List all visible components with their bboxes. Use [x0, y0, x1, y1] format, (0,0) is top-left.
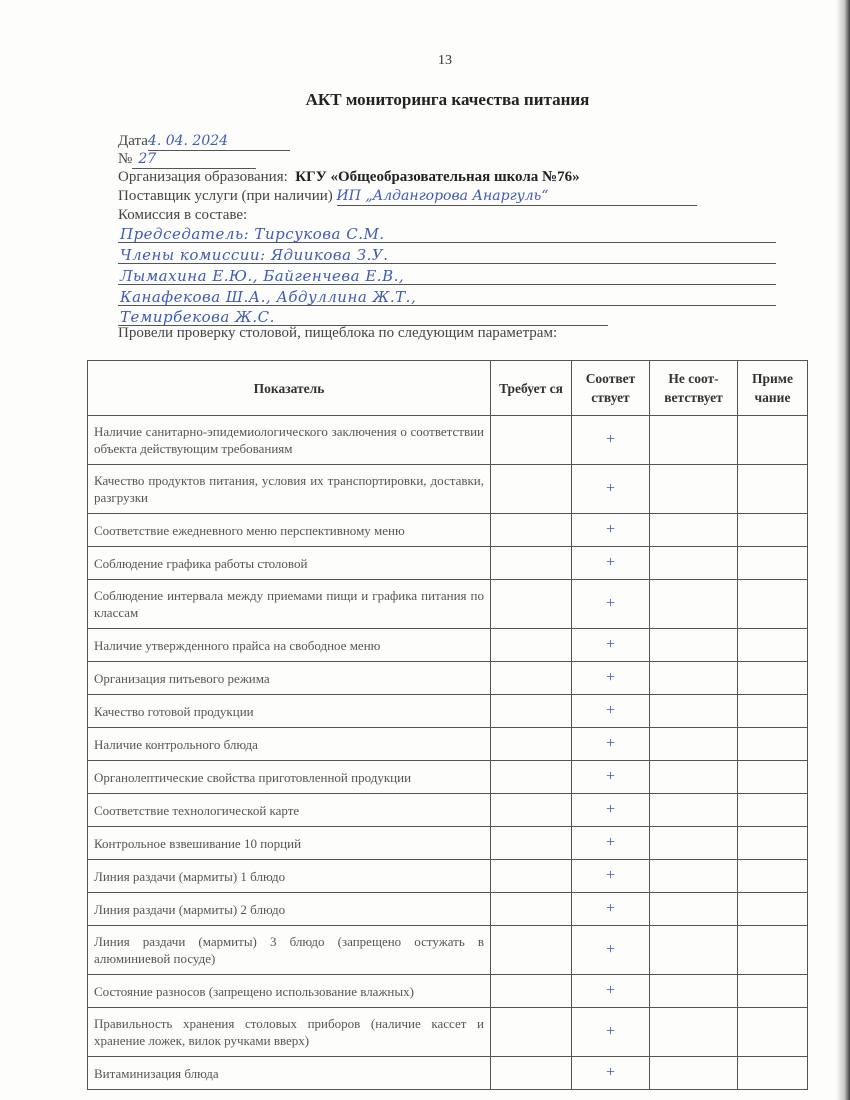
not-complies-cell	[650, 580, 738, 629]
note-cell	[738, 465, 808, 514]
number-label: №	[118, 151, 132, 167]
complies-cell: +	[572, 860, 650, 893]
complies-cell: +	[572, 728, 650, 761]
date-value: 4. 04. 2024	[148, 132, 290, 151]
indicator-cell: Качество готовой продукции	[88, 695, 491, 728]
note-cell	[738, 761, 808, 794]
not-complies-cell	[650, 893, 738, 926]
required-cell	[491, 695, 572, 728]
indicator-cell: Линия раздачи (мармиты) 3 блюдо (запреще…	[88, 926, 491, 975]
required-cell	[491, 514, 572, 547]
required-cell	[491, 860, 572, 893]
required-cell	[491, 1057, 572, 1090]
monitoring-table: Показатель Требует ся Соответ ствует Не …	[87, 360, 808, 1090]
not-complies-cell	[650, 761, 738, 794]
required-cell	[491, 662, 572, 695]
not-complies-cell	[650, 975, 738, 1008]
table-row: Контрольное взвешивание 10 порций+	[88, 827, 808, 860]
note-cell	[738, 416, 808, 465]
complies-cell: +	[572, 465, 650, 514]
indicator-cell: Соблюдение интервала между приемами пищи…	[88, 580, 491, 629]
complies-cell: +	[572, 975, 650, 1008]
note-cell	[738, 926, 808, 975]
organization-label: Организация образования:	[118, 169, 288, 185]
table-row: Линия раздачи (мармиты) 1 блюдо+	[88, 860, 808, 893]
number-field: №27	[118, 150, 256, 169]
table-header-row: Показатель Требует ся Соответ ствует Не …	[88, 361, 808, 416]
indicator-cell: Соблюдение графика работы столовой	[88, 547, 491, 580]
table-row: Состояние разносов (запрещено использова…	[88, 975, 808, 1008]
indicator-cell: Витаминизация блюда	[88, 1057, 491, 1090]
indicator-cell: Наличие утвержденного прайса на свободно…	[88, 629, 491, 662]
required-cell	[491, 416, 572, 465]
note-cell	[738, 514, 808, 547]
required-cell	[491, 827, 572, 860]
commission-line: Лымахина Е.Ю., Байгенчева Е.В.,	[118, 264, 776, 285]
not-complies-cell	[650, 695, 738, 728]
complies-cell: +	[572, 761, 650, 794]
organization-value: КГУ «Общеобразовательная школа №76»	[295, 169, 579, 185]
complies-cell: +	[572, 547, 650, 580]
required-cell	[491, 465, 572, 514]
complies-cell: +	[572, 893, 650, 926]
page-number: 13	[0, 53, 850, 69]
complies-cell: +	[572, 794, 650, 827]
complies-cell: +	[572, 695, 650, 728]
indicator-cell: Наличие контрольного блюда	[88, 728, 491, 761]
table-row: Качество продуктов питания, условия их т…	[88, 465, 808, 514]
indicator-cell: Правильность хранения столовых приборов …	[88, 1008, 491, 1057]
table-row: Правильность хранения столовых приборов …	[88, 1008, 808, 1057]
not-complies-cell	[650, 794, 738, 827]
complies-cell: +	[572, 827, 650, 860]
complies-cell: +	[572, 580, 650, 629]
table-row: Соответствие технологической карте+	[88, 794, 808, 827]
not-complies-cell	[650, 465, 738, 514]
table-row: Соблюдение графика работы столовой+	[88, 547, 808, 580]
note-cell	[738, 580, 808, 629]
table-row: Организация питьевого режима+	[88, 662, 808, 695]
required-cell	[491, 1008, 572, 1057]
note-cell	[738, 662, 808, 695]
not-complies-cell	[650, 860, 738, 893]
header-note: Приме чание	[738, 361, 808, 416]
note-cell	[738, 629, 808, 662]
not-complies-cell	[650, 1008, 738, 1057]
table-row: Наличие утвержденного прайса на свободно…	[88, 629, 808, 662]
not-complies-cell	[650, 1057, 738, 1090]
required-cell	[491, 580, 572, 629]
note-cell	[738, 1057, 808, 1090]
table-row: Качество готовой продукции+	[88, 695, 808, 728]
organization-field: Организация образования: КГУ «Общеобразо…	[118, 168, 580, 186]
table-row: Линия раздачи (мармиты) 2 блюдо+	[88, 893, 808, 926]
required-cell	[491, 794, 572, 827]
commission-line: Члены комиссии: Ядиикова З.У.	[118, 243, 776, 264]
supplier-label: Поставщик услуги (при наличии)	[118, 188, 333, 204]
table-row: Наличие санитарно-эпидемиологического за…	[88, 416, 808, 465]
not-complies-cell	[650, 827, 738, 860]
commission-line: Канафекова Ш.А., Абдуллина Ж.Т.,	[118, 285, 776, 306]
required-cell	[491, 926, 572, 975]
note-cell	[738, 975, 808, 1008]
indicator-cell: Соответствие ежедневного меню перспектив…	[88, 514, 491, 547]
header-indicator: Показатель	[88, 361, 491, 416]
complies-cell: +	[572, 926, 650, 975]
note-cell	[738, 794, 808, 827]
indicator-cell: Органолептические свойства приготовленно…	[88, 761, 491, 794]
date-label: Дата	[118, 133, 148, 149]
table-row: Линия раздачи (мармиты) 3 блюдо (запреще…	[88, 926, 808, 975]
table-row: Соблюдение интервала между приемами пищи…	[88, 580, 808, 629]
complies-cell: +	[572, 629, 650, 662]
note-cell	[738, 827, 808, 860]
intro-text: Провели проверку столовой, пищеблока по …	[118, 324, 557, 342]
complies-cell: +	[572, 416, 650, 465]
table-row: Наличие контрольного блюда+	[88, 728, 808, 761]
table-row: Витаминизация блюда+	[88, 1057, 808, 1090]
not-complies-cell	[650, 629, 738, 662]
header-required: Требует ся	[491, 361, 572, 416]
date-field: Дата4. 04. 2024	[118, 132, 290, 151]
document-title: АКТ мониторинга качества питания	[0, 90, 850, 110]
number-value: 27	[132, 150, 256, 169]
not-complies-cell	[650, 728, 738, 761]
note-cell	[738, 547, 808, 580]
required-cell	[491, 629, 572, 662]
not-complies-cell	[650, 662, 738, 695]
required-cell	[491, 547, 572, 580]
header-complies: Соответ ствует	[572, 361, 650, 416]
complies-cell: +	[572, 514, 650, 547]
complies-cell: +	[572, 662, 650, 695]
commission-line: Темирбекова Ж.С.	[118, 305, 608, 326]
table-row: Органолептические свойства приготовленно…	[88, 761, 808, 794]
required-cell	[491, 761, 572, 794]
note-cell	[738, 860, 808, 893]
note-cell	[738, 893, 808, 926]
indicator-cell: Состояние разносов (запрещено использова…	[88, 975, 491, 1008]
supplier-field: Поставщик услуги (при наличии) ИП „Алдан…	[118, 187, 697, 206]
table-row: Соответствие ежедневного меню перспектив…	[88, 514, 808, 547]
indicator-cell: Соответствие технологической карте	[88, 794, 491, 827]
header-not-complies: Не соот- ветствует	[650, 361, 738, 416]
required-cell	[491, 728, 572, 761]
indicator-cell: Линия раздачи (мармиты) 1 блюдо	[88, 860, 491, 893]
not-complies-cell	[650, 416, 738, 465]
note-cell	[738, 1008, 808, 1057]
note-cell	[738, 728, 808, 761]
scan-edge-shadow	[836, 0, 850, 1100]
required-cell	[491, 893, 572, 926]
not-complies-cell	[650, 926, 738, 975]
not-complies-cell	[650, 514, 738, 547]
complies-cell: +	[572, 1057, 650, 1090]
note-cell	[738, 695, 808, 728]
indicator-cell: Наличие санитарно-эпидемиологического за…	[88, 416, 491, 465]
indicator-cell: Организация питьевого режима	[88, 662, 491, 695]
supplier-value: ИП „Алдангорова Анаргуль“	[337, 187, 697, 206]
indicator-cell: Качество продуктов питания, условия их т…	[88, 465, 491, 514]
not-complies-cell	[650, 547, 738, 580]
complies-cell: +	[572, 1008, 650, 1057]
required-cell	[491, 975, 572, 1008]
commission-line: Председатель: Тирсукова С.М.	[118, 222, 776, 243]
indicator-cell: Контрольное взвешивание 10 порций	[88, 827, 491, 860]
indicator-cell: Линия раздачи (мармиты) 2 блюдо	[88, 893, 491, 926]
